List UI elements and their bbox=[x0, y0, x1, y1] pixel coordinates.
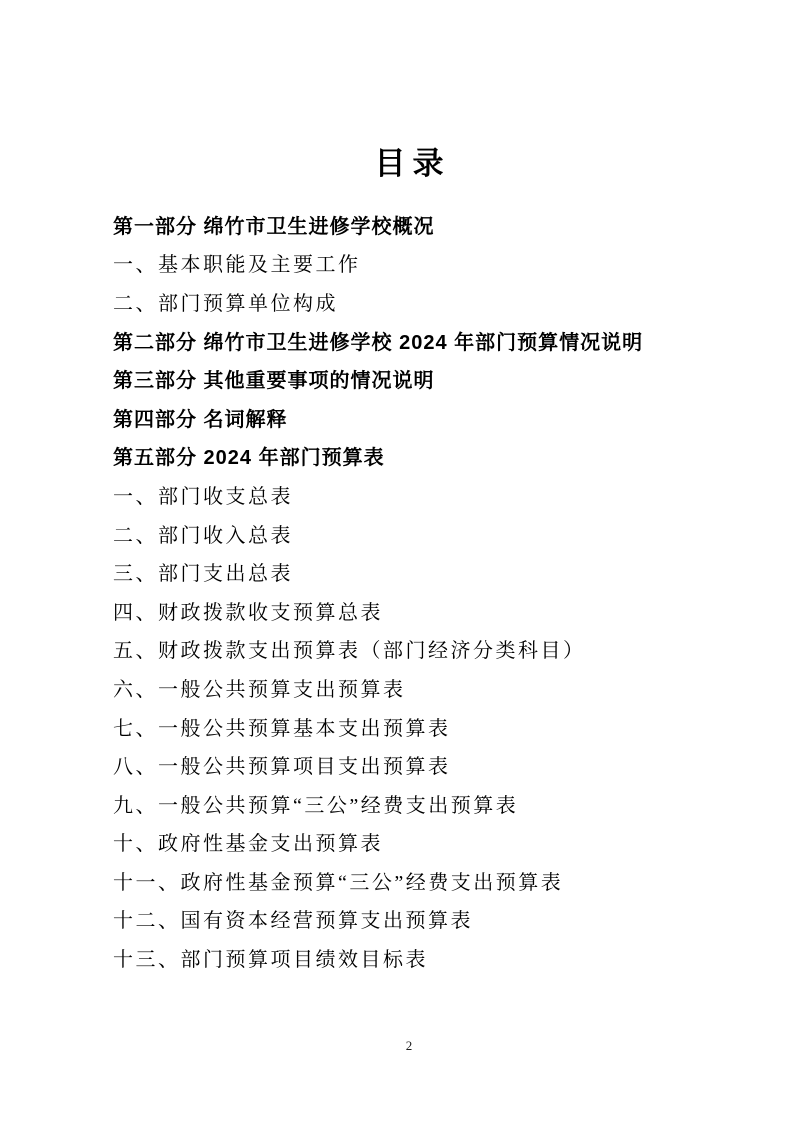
document-page: 目录 第一部分 绵竹市卫生进修学校概况一、基本职能及主要工作二、部门预算单位构成… bbox=[0, 0, 793, 1122]
toc-part-heading: 第一部分 绵竹市卫生进修学校概况 bbox=[113, 205, 705, 244]
toc-item: 十一、政府性基金预算“三公”经费支出预算表 bbox=[113, 861, 705, 900]
toc-item: 八、一般公共预算项目支出预算表 bbox=[113, 745, 705, 784]
toc-item: 五、财政拨款支出预算表（部门经济分类科目） bbox=[113, 630, 705, 669]
toc-item: 十二、国有资本经营预算支出预算表 bbox=[113, 900, 705, 939]
toc-item: 三、部门支出总表 bbox=[113, 552, 705, 591]
toc-item: 四、财政拨款收支预算总表 bbox=[113, 591, 705, 630]
toc-item: 十三、部门预算项目绩效目标表 bbox=[113, 938, 705, 977]
toc-item: 六、一般公共预算支出预算表 bbox=[113, 668, 705, 707]
toc-part-heading: 第五部分 2024 年部门预算表 bbox=[113, 437, 705, 476]
toc-item: 二、部门收入总表 bbox=[113, 514, 705, 553]
toc-part-heading: 第四部分 名词解释 bbox=[113, 398, 705, 437]
toc-list: 第一部分 绵竹市卫生进修学校概况一、基本职能及主要工作二、部门预算单位构成第二部… bbox=[113, 205, 705, 977]
toc-part-heading: 第三部分 其他重要事项的情况说明 bbox=[113, 359, 705, 398]
toc-item: 一、部门收支总表 bbox=[113, 475, 705, 514]
page-number: 2 bbox=[113, 1038, 705, 1054]
toc-item: 七、一般公共预算基本支出预算表 bbox=[113, 707, 705, 746]
toc-item: 一、基本职能及主要工作 bbox=[113, 244, 705, 283]
content-column: 目录 第一部分 绵竹市卫生进修学校概况一、基本职能及主要工作二、部门预算单位构成… bbox=[113, 0, 705, 1122]
toc-part-heading: 第二部分 绵竹市卫生进修学校 2024 年部门预算情况说明 bbox=[113, 321, 705, 360]
page-title: 目录 bbox=[113, 147, 705, 181]
toc-item: 十、政府性基金支出预算表 bbox=[113, 823, 705, 862]
toc-item: 二、部门预算单位构成 bbox=[113, 282, 705, 321]
toc-item: 九、一般公共预算“三公”经费支出预算表 bbox=[113, 784, 705, 823]
